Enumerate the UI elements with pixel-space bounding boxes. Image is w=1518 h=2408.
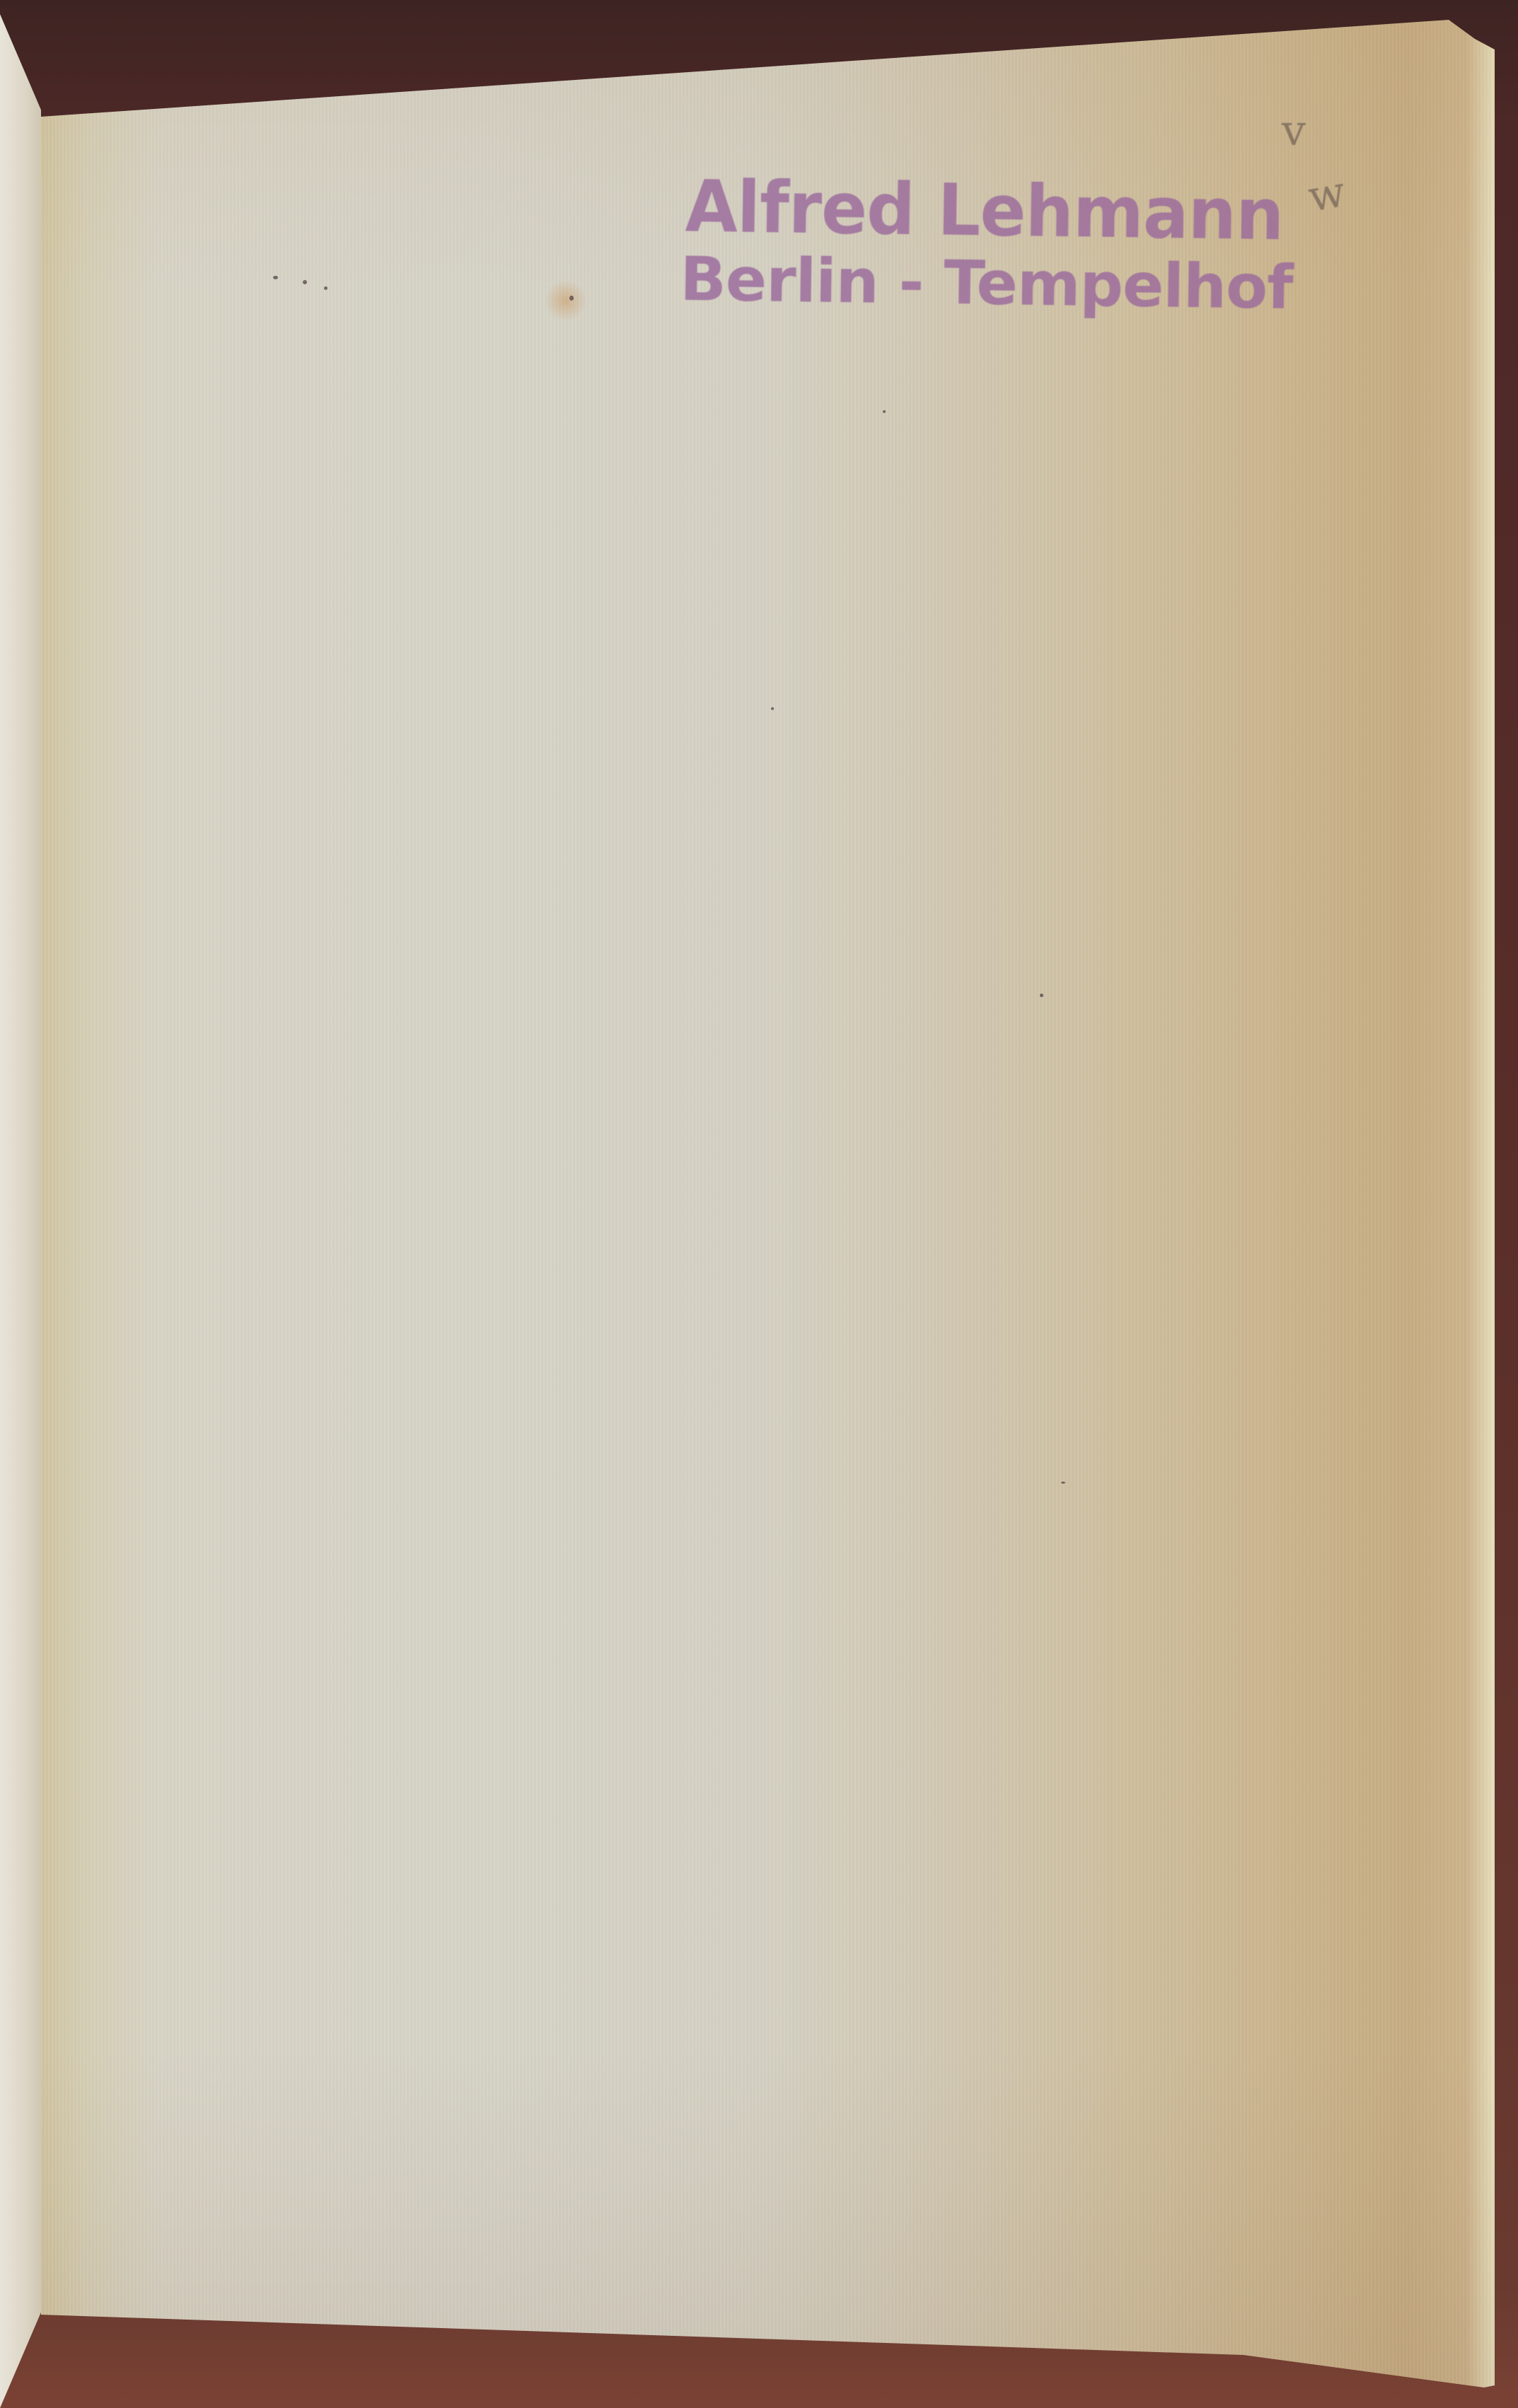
speck	[324, 286, 328, 290]
foxing-stain	[545, 279, 587, 322]
speck	[303, 280, 307, 284]
speck	[569, 296, 574, 301]
adjacent-page-edge	[0, 14, 41, 2408]
stamp-name: Alfred Lehmann	[685, 171, 1294, 251]
speck	[883, 410, 886, 413]
speck	[1061, 1482, 1065, 1484]
book-flyleaf-page	[41, 0, 1495, 2408]
speck	[771, 707, 774, 710]
pencil-mark-v: v	[1282, 106, 1306, 156]
stamp-location: Berlin - Tempelhof	[680, 249, 1293, 318]
speck	[1040, 994, 1043, 997]
speck	[273, 276, 278, 279]
owner-stamp: Alfred Lehmann Berlin - Tempelhof	[684, 173, 1294, 318]
